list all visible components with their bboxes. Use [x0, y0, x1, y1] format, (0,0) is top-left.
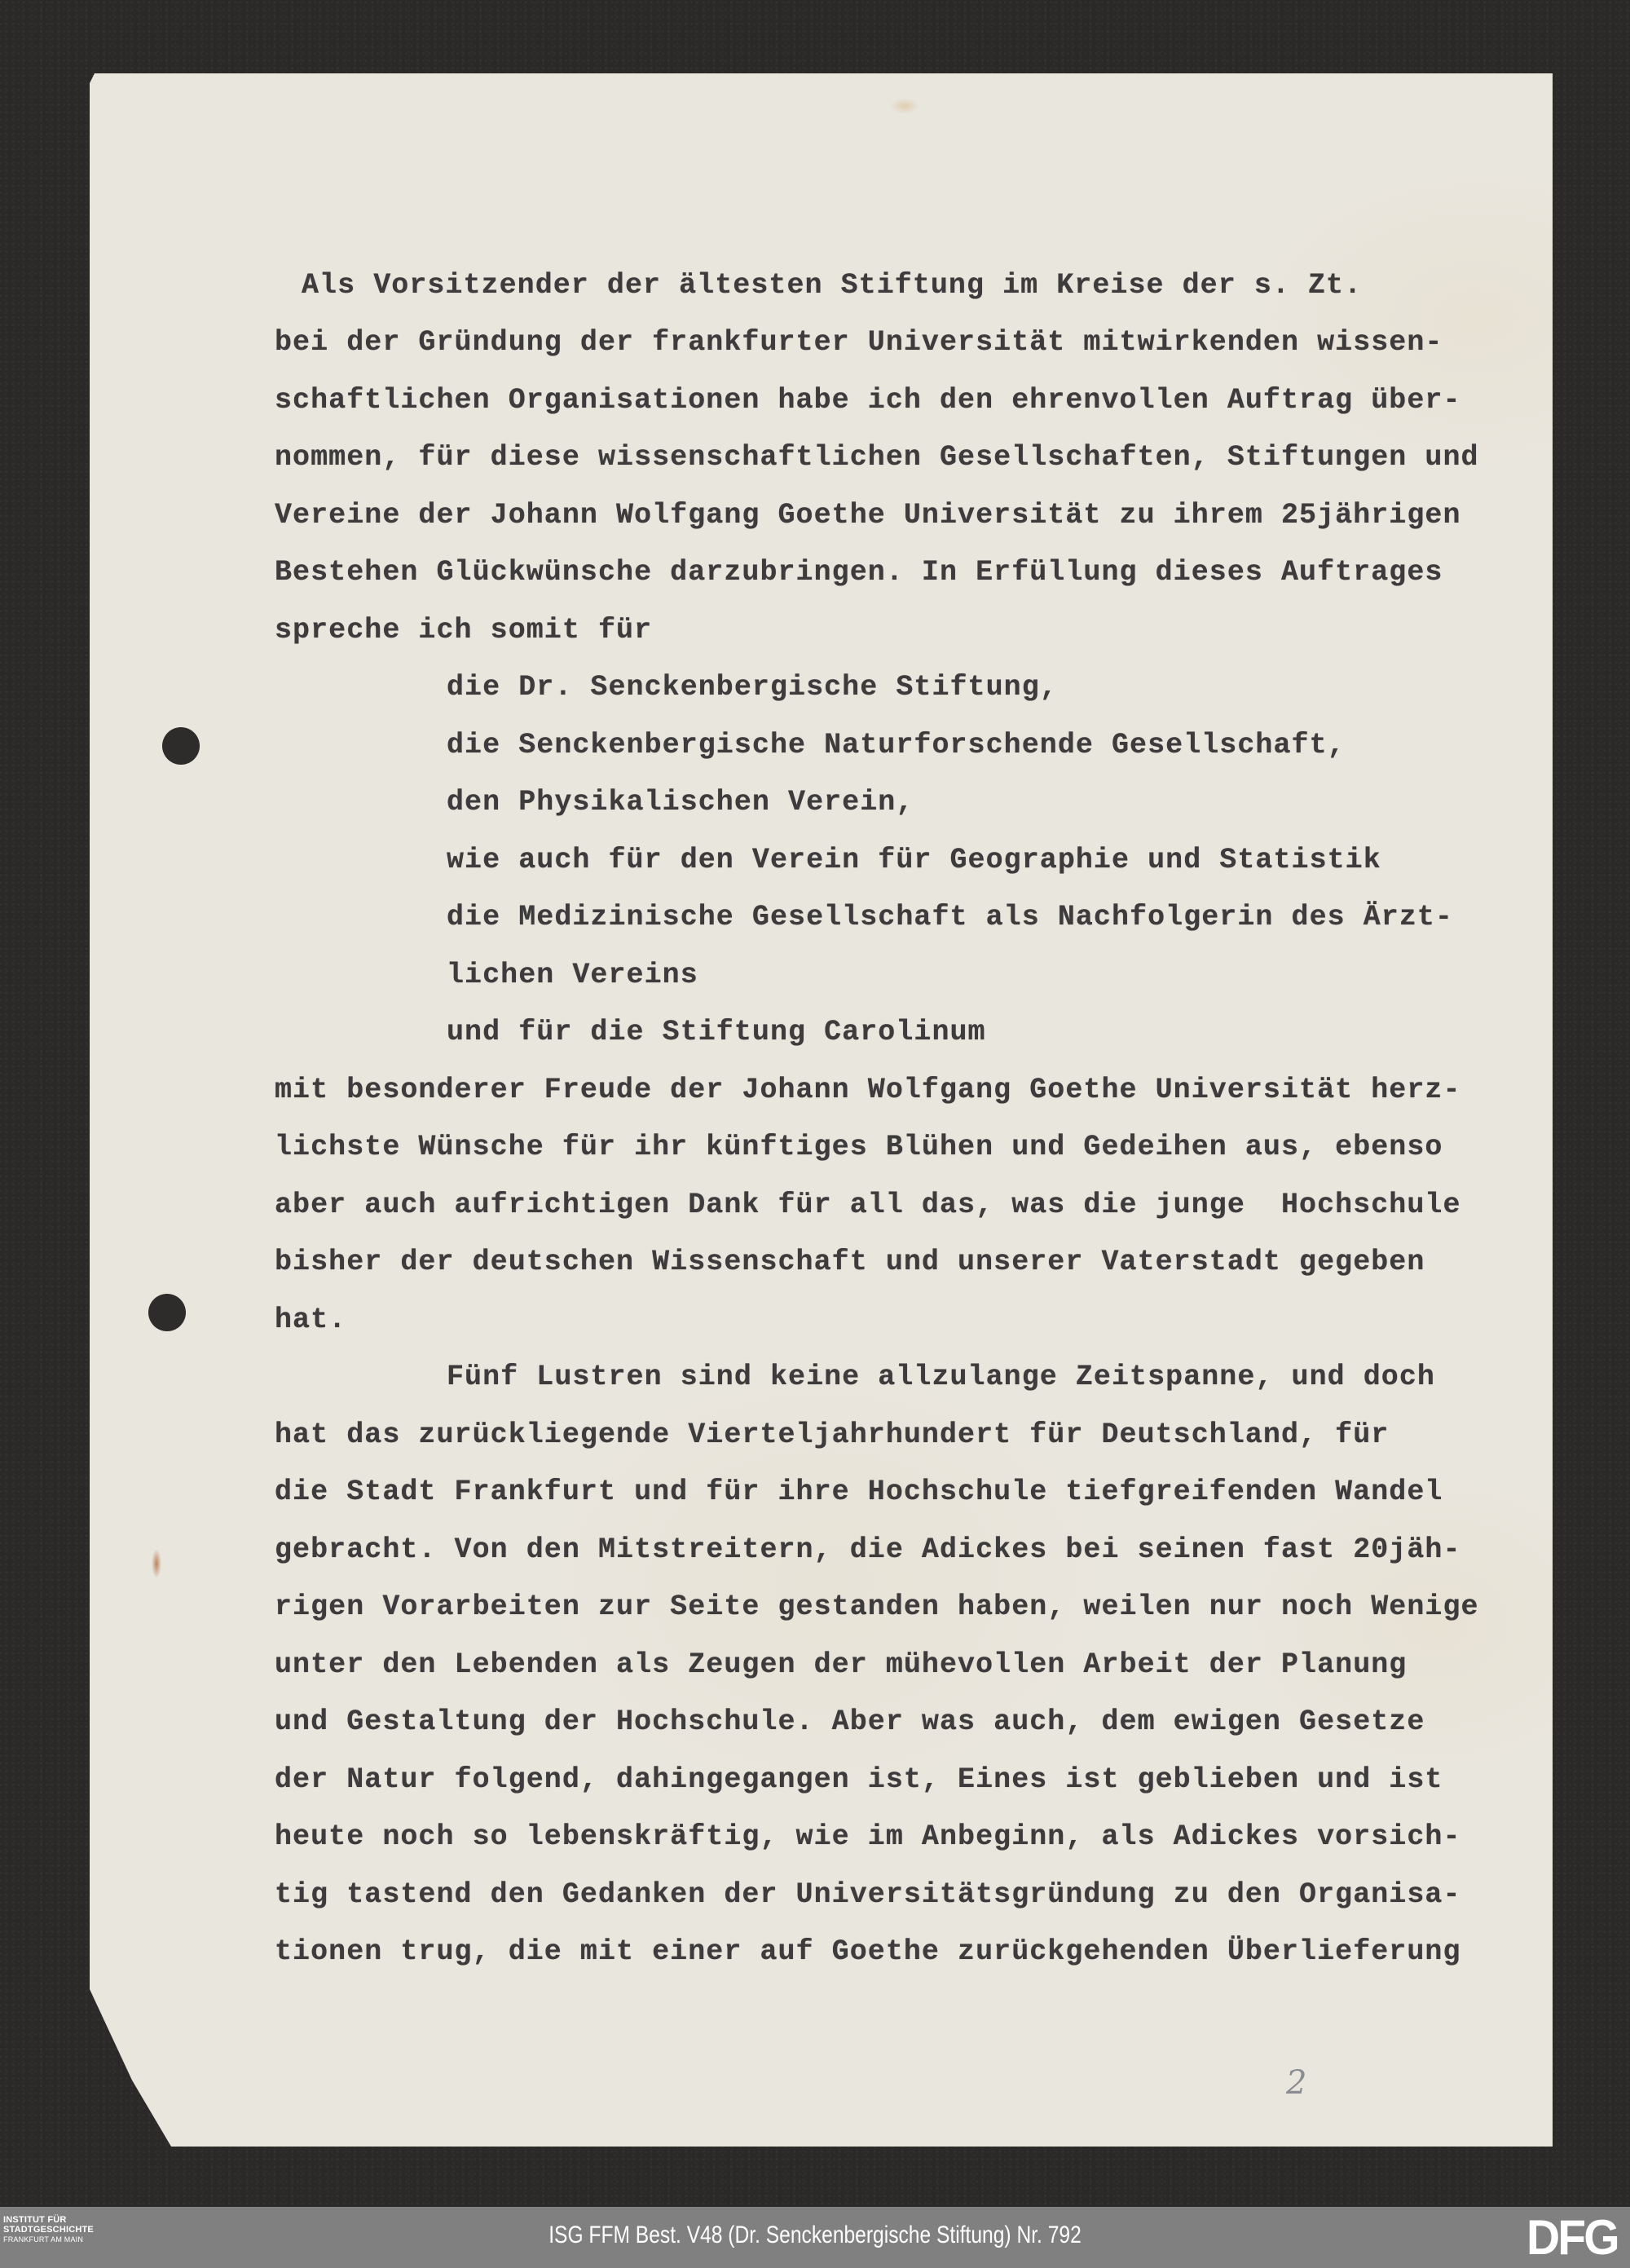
- typed-line: der Natur folgend, dahingegangen ist, Ei…: [275, 1763, 1443, 1796]
- typed-line: hat.: [275, 1304, 346, 1336]
- institute-name-line2: STADTGESCHICHTE: [3, 2225, 94, 2235]
- typed-line: und Gestaltung der Hochschule. Aber was …: [275, 1705, 1425, 1738]
- typed-line: lichen Vereins: [447, 959, 698, 991]
- typed-line: nommen, für diese wissenschaftlichen Ges…: [275, 441, 1479, 474]
- typed-line: schaftlichen Organisationen habe ich den…: [275, 384, 1461, 417]
- typed-line: die Medizinische Gesellschaft als Nachfo…: [447, 901, 1453, 933]
- archive-footer-bar: INSTITUT FÜR STADTGESCHICHTE FRANKFURT A…: [0, 2207, 1630, 2268]
- typed-line: lichste Wünsche für ihr künftiges Blühen…: [275, 1131, 1443, 1163]
- typed-line: Als Vorsitzender der ältesten Stiftung i…: [302, 269, 1362, 302]
- typed-line: tionen trug, die mit einer auf Goethe zu…: [275, 1935, 1461, 1968]
- archive-reference-caption: ISG FFM Best. V48 (Dr. Senckenbergische …: [147, 2222, 1483, 2249]
- rust-stain: [152, 1549, 161, 1578]
- typed-line: mit besonderer Freude der Johann Wolfgan…: [275, 1074, 1461, 1106]
- typed-line: bisher der deutschen Wissenschaft und un…: [275, 1246, 1425, 1278]
- institute-location: FRANKFURT AM MAIN: [3, 2235, 94, 2244]
- punch-hole-lower: [148, 1294, 186, 1331]
- typed-line: Bestehen Glückwünsche darzubringen. In E…: [275, 556, 1443, 589]
- typed-line: bei der Gründung der frankfurter Univers…: [275, 326, 1443, 359]
- typed-line: Fünf Lustren sind keine allzulange Zeits…: [447, 1361, 1435, 1393]
- typed-line: spreche ich somit für: [275, 614, 652, 646]
- typed-line: unter den Lebenden als Zeugen der mühevo…: [275, 1648, 1407, 1681]
- typed-line: den Physikalischen Verein,: [447, 786, 914, 819]
- dfg-logo: DFG: [1526, 2214, 1618, 2261]
- institute-logo: INSTITUT FÜR STADTGESCHICHTE FRANKFURT A…: [3, 2215, 94, 2244]
- typed-line: die Senckenbergische Naturforschende Ges…: [447, 729, 1346, 761]
- typed-line: die Dr. Senckenbergische Stiftung,: [447, 671, 1058, 704]
- typed-line: die Stadt Frankfurt und für ihre Hochsch…: [275, 1476, 1443, 1508]
- typed-line: wie auch für den Verein für Geographie u…: [447, 844, 1381, 876]
- typed-line: aber auch aufrichtigen Dank für all das,…: [275, 1189, 1461, 1221]
- typed-line: hat das zurückliegende Vierteljahrhunder…: [275, 1419, 1389, 1451]
- typed-line: gebracht. Von den Mitstreitern, die Adic…: [275, 1533, 1461, 1566]
- handwritten-page-number: 2: [1286, 2064, 1306, 2102]
- typed-line: Vereine der Johann Wolfgang Goethe Unive…: [275, 499, 1461, 532]
- typed-line: rigen Vorarbeiten zur Seite gestanden ha…: [275, 1591, 1479, 1623]
- institute-name-line1: INSTITUT FÜR: [3, 2215, 94, 2225]
- punch-hole-upper: [162, 727, 200, 765]
- typed-line: und für die Stiftung Carolinum: [447, 1016, 986, 1048]
- typed-line: heute noch so lebenskräftig, wie im Anbe…: [275, 1820, 1461, 1853]
- typed-line: tig tastend den Gedanken der Universität…: [275, 1878, 1461, 1911]
